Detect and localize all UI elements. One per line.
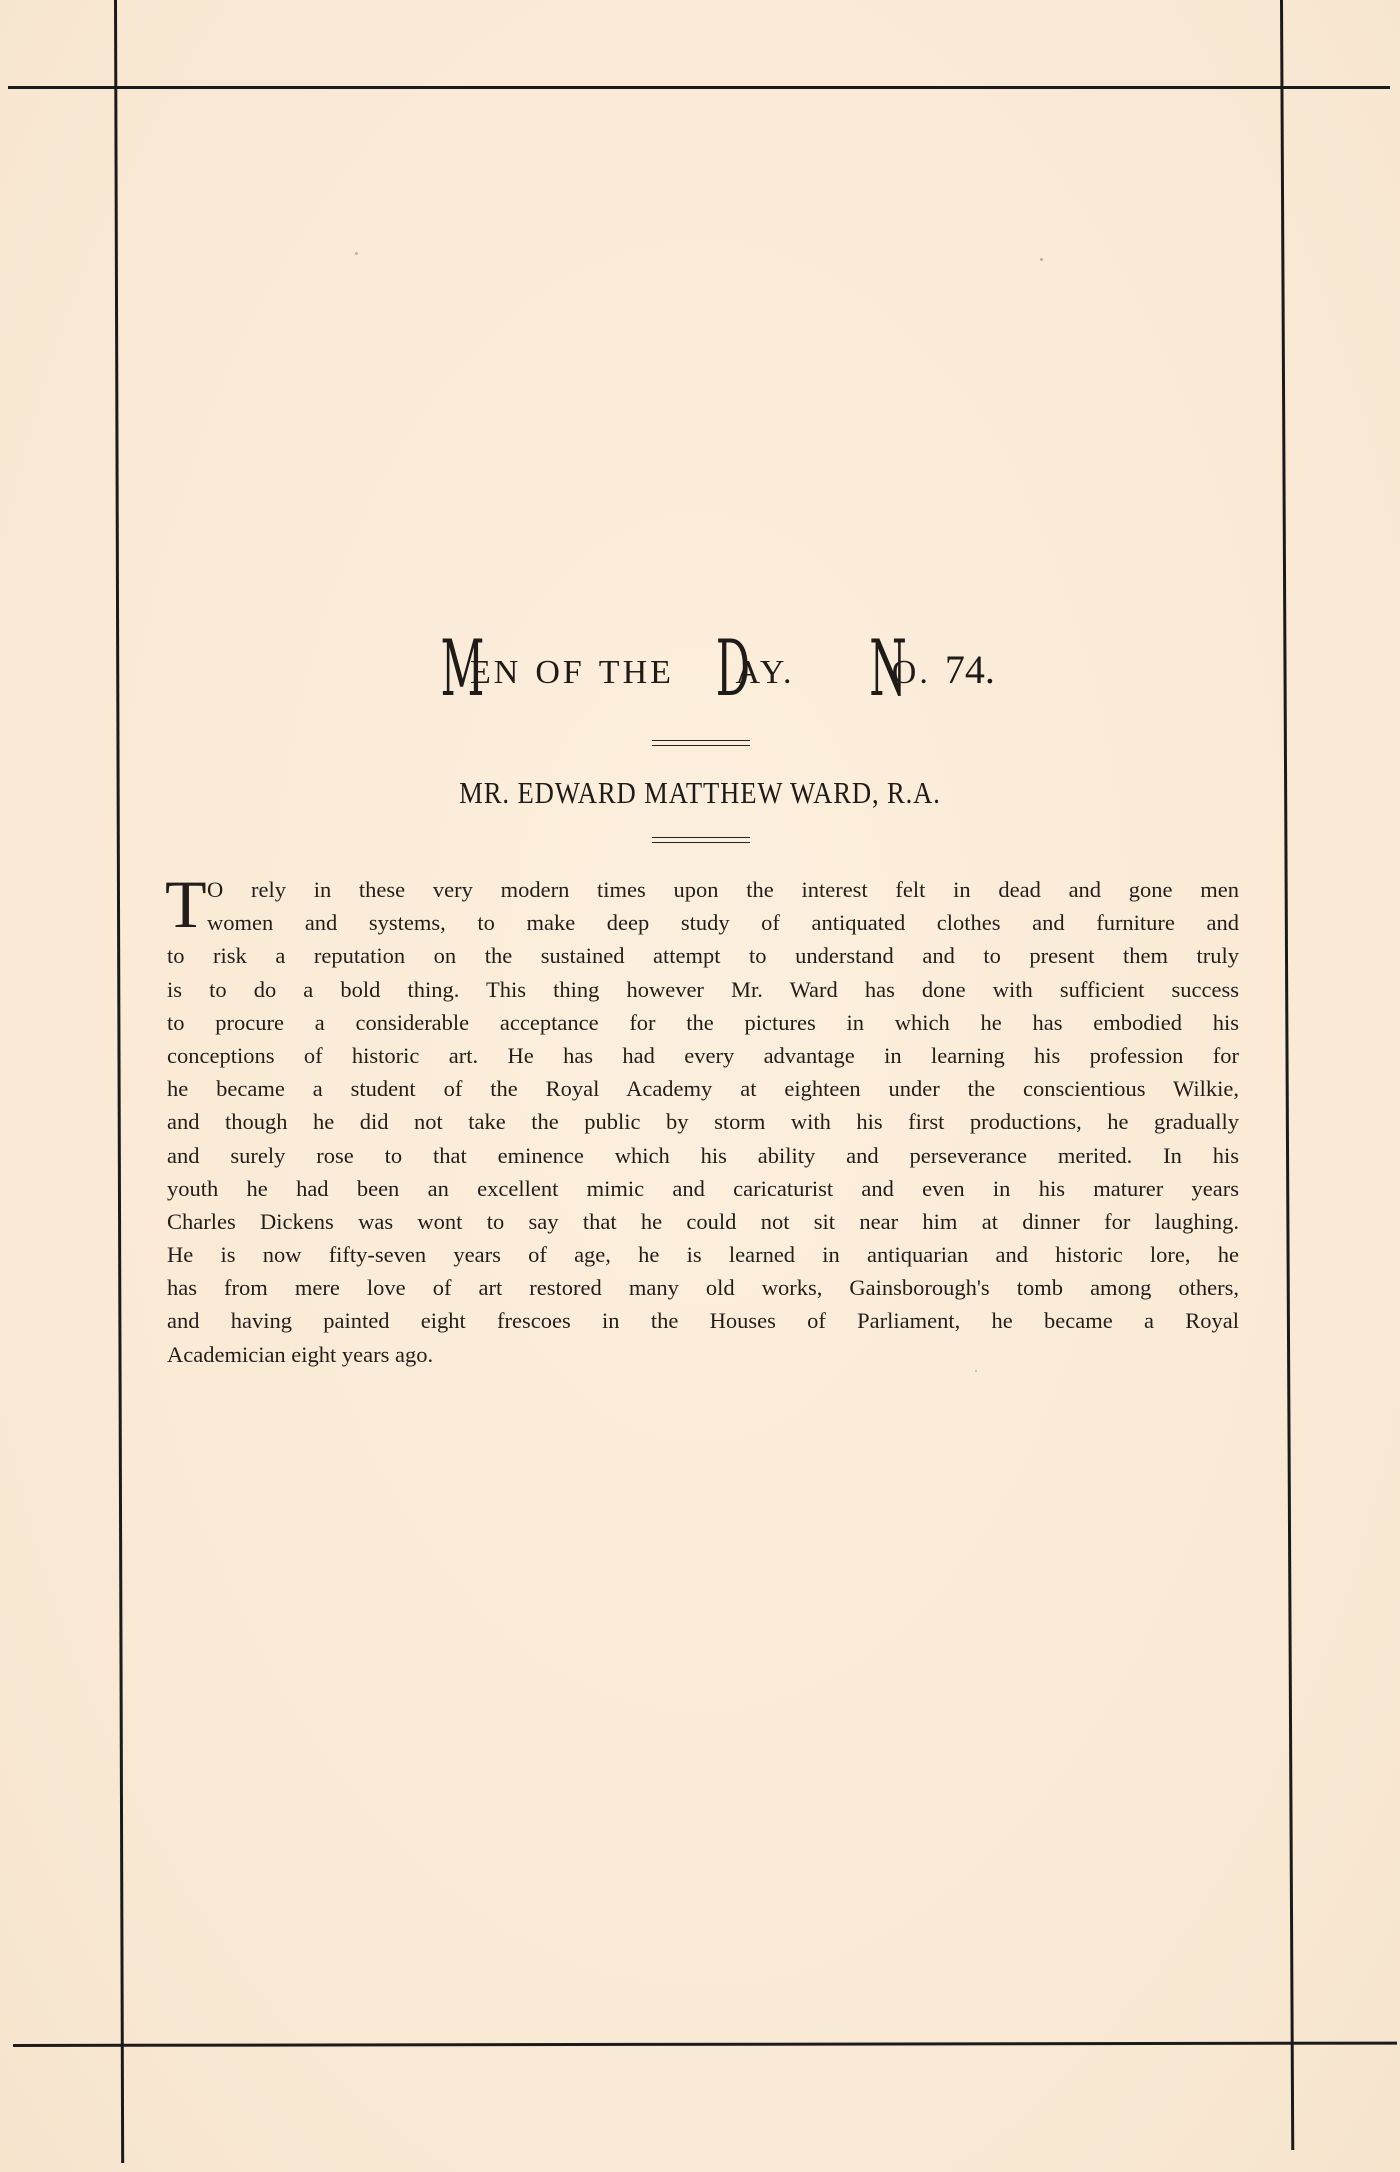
article-line-final: Academician eight years ago.: [167, 1338, 1239, 1371]
left-border-rule: [114, 0, 124, 2163]
top-border-rule: [8, 86, 1390, 89]
article-line: and though he did not take the public by…: [167, 1105, 1239, 1138]
masthead-initial-n: N: [869, 630, 906, 708]
masthead-initial-m: M: [441, 630, 484, 708]
article-line: to risk a reputation on the sustained at…: [167, 939, 1239, 972]
article-line: to procure a considerable acceptance for…: [167, 1006, 1239, 1039]
issue-number: 74.: [945, 647, 995, 692]
article-line: has from mere love of art restored many …: [167, 1271, 1239, 1304]
paper-speck: [355, 252, 358, 255]
lower-double-rule: [652, 837, 750, 843]
article-line: He is now fifty-seven years of age, he i…: [167, 1238, 1239, 1271]
subject-heading: MR. EDWARD MATTHEW WARD, R.A.: [270, 775, 1130, 811]
masthead-word-of: OF: [535, 654, 584, 691]
article-body: T O rely in these very modern times upon…: [167, 873, 1239, 1371]
masthead-initial-d: D: [716, 630, 750, 708]
right-border-rule: [1280, 0, 1294, 2150]
masthead-word-the: THE: [599, 654, 674, 691]
article-line: women and systems, to make deep study of…: [167, 906, 1239, 939]
article-line: conceptions of historic art. He has had …: [167, 1039, 1239, 1072]
article-line: he became a student of the Royal Academy…: [167, 1072, 1239, 1105]
paper-speck: [1040, 258, 1043, 261]
article-line: and surely rose to that eminence which h…: [167, 1139, 1239, 1172]
drop-cap: T: [165, 875, 207, 933]
article-line: Charles Dickens was wont to say that he …: [167, 1205, 1239, 1238]
masthead-title: MENOFTHEDAY.NO.74.: [340, 630, 1060, 708]
article-line: and having painted eight frescoes in the…: [167, 1304, 1239, 1337]
article-line: youth he had been an excellent mimic and…: [167, 1172, 1239, 1205]
article-line: O rely in these very modern times upon t…: [167, 873, 1239, 906]
bottom-border-rule: [13, 2042, 1397, 2047]
upper-double-rule: [652, 740, 750, 746]
article-line: is to do a bold thing. This thing howeve…: [167, 973, 1239, 1006]
